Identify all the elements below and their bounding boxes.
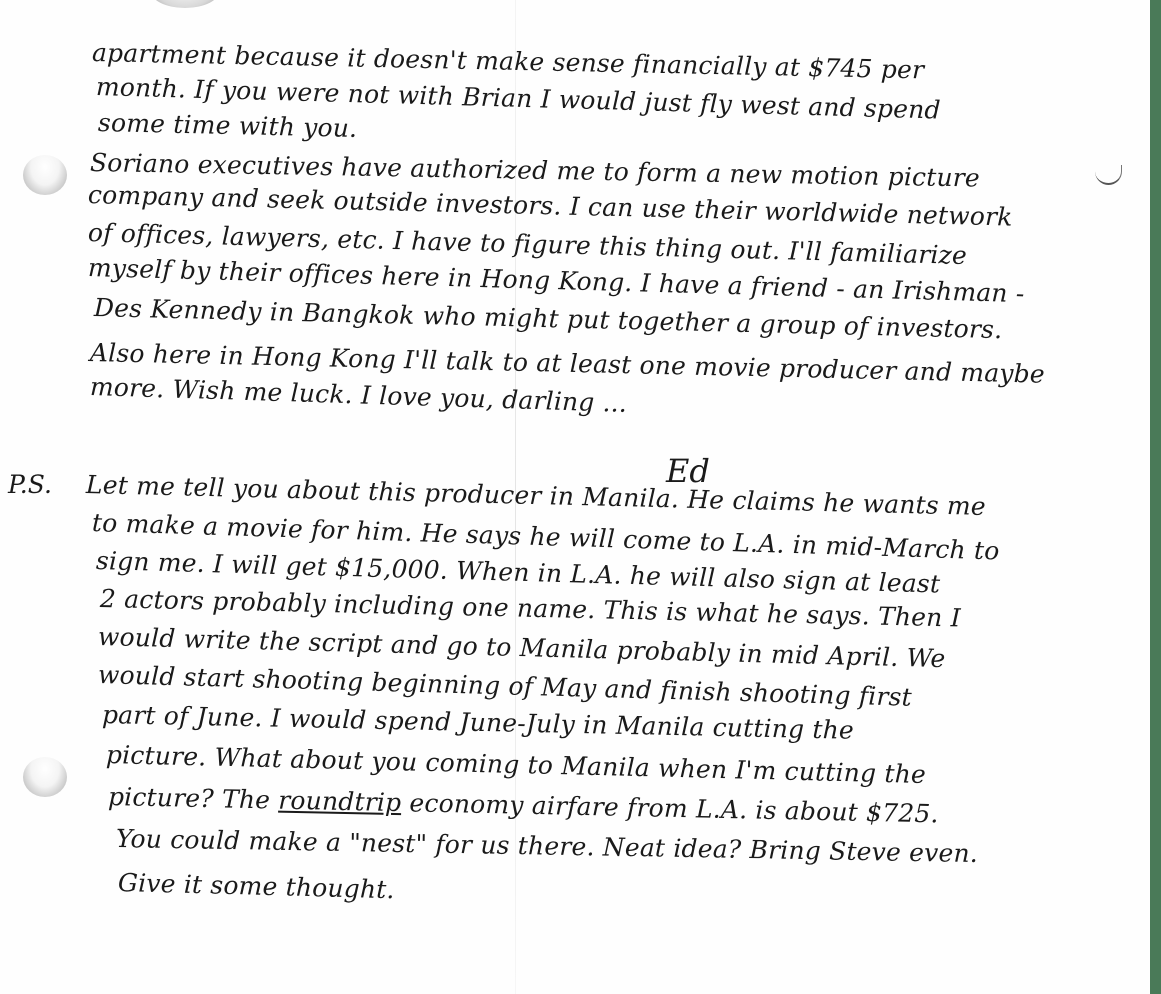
scan-edge-strip: [1150, 0, 1161, 994]
hole-punch-top: [150, 0, 220, 8]
ps-label: P.S.: [8, 470, 52, 499]
underlined-word: roundtrip: [278, 786, 402, 818]
ps-line: Give it some thought.: [118, 868, 395, 904]
ps-line: picture? The roundtrip economy airfare f…: [108, 782, 939, 828]
pen-mark: [1095, 165, 1122, 185]
hole-punch-lower: [23, 757, 67, 797]
hole-punch-upper: [23, 155, 67, 195]
ps-line: You could make a "nest" for us there. Ne…: [116, 824, 978, 868]
body-line: some time with you.: [98, 108, 358, 143]
letter-page: apartment because it doesn't make sense …: [0, 0, 1150, 994]
body-line: more. Wish me luck. I love you, darling …: [90, 372, 628, 418]
